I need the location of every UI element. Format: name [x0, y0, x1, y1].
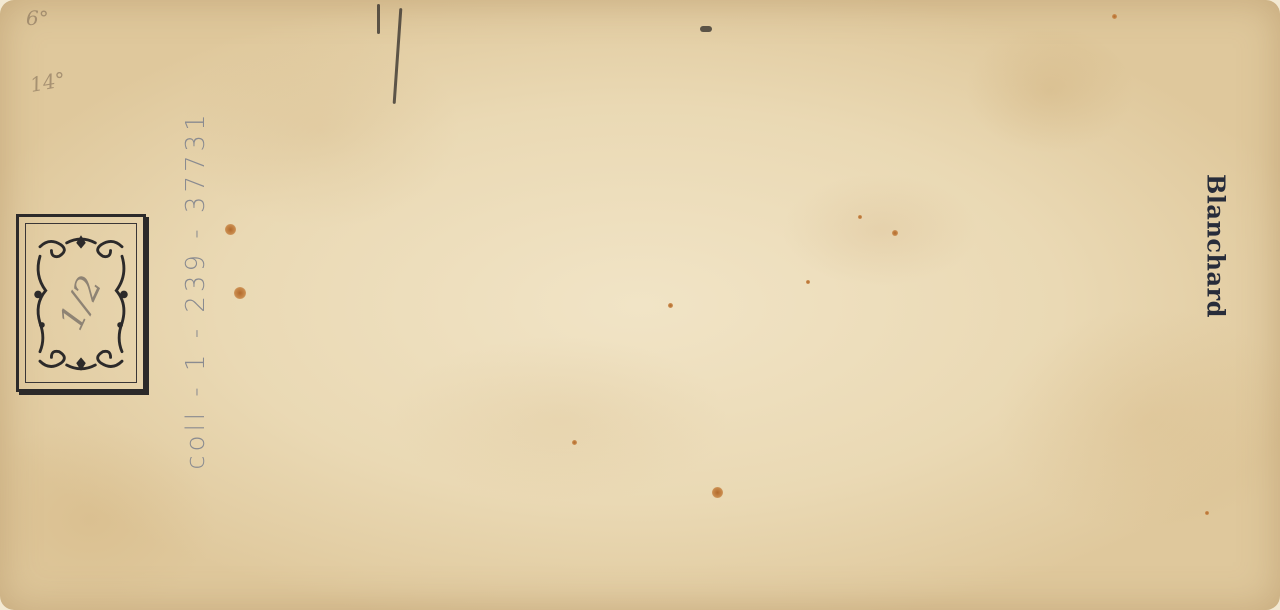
foxing-spot — [234, 287, 246, 299]
catalog-number: coll - 1 - 239 - 37731 — [181, 110, 211, 469]
ornamental-stamp: 1/2 — [16, 214, 146, 392]
corner-mark-top: 6° — [26, 6, 49, 30]
ink-scratch — [393, 8, 403, 104]
corner-mark-bottom: 14° — [28, 67, 67, 97]
foxing-spot — [858, 215, 862, 219]
foxing-spot — [225, 224, 236, 235]
foxing-spot — [806, 280, 810, 284]
photographer-imprint: Blanchard — [1202, 174, 1231, 318]
foxing-spot — [1112, 14, 1117, 19]
foxing-spot — [712, 487, 723, 498]
ink-blot — [700, 26, 712, 32]
foxing-spot — [1205, 511, 1209, 515]
ink-scratch — [377, 4, 380, 34]
foxing-spot — [668, 303, 673, 308]
foxing-spot — [572, 440, 577, 445]
foxing-spot — [892, 230, 898, 236]
card-back: 6° 14° — [0, 0, 1280, 610]
